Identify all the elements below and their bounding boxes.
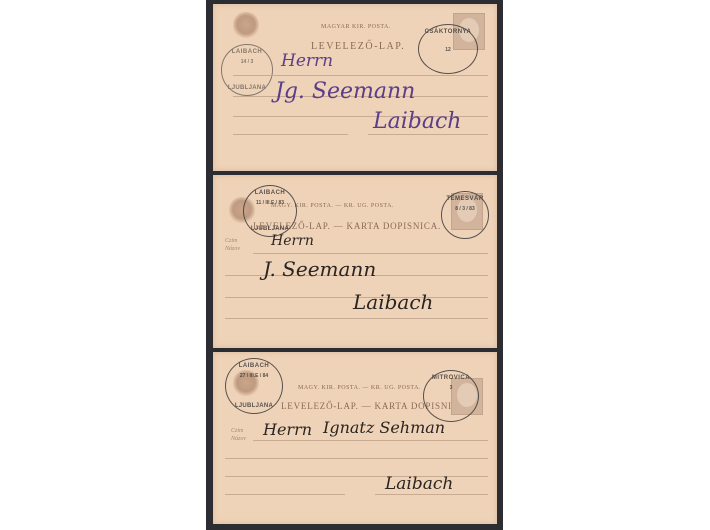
postmark-right: TEMESVÁR 8 / 3 / 83 [441,191,489,239]
address-name: Ignatz Sehman [323,418,445,437]
postmark-left: LAIBACH 11 / III.E / 83 LJUBLJANA [243,185,297,237]
address-salutation: Herrn [271,233,314,249]
address-city: Laibach [353,290,433,314]
postmark-left: LAIBACH 14 / 3 LJUBLJANA [221,44,273,96]
address-salutation: Herrn [263,420,312,439]
address-name: Jg. Seemann [275,79,415,104]
address-city: Laibach [373,109,461,134]
card-header: MAGYAR KIR. POSTA. [321,24,391,30]
address-labels: Czim Názov [231,427,246,443]
postmark-left: LAIBACH 27 / III.E / 84 LJUBLJANA [225,358,283,414]
card-header: MAGY. KIR. POSTA. — KR. UG. POSTA. [298,385,421,391]
address-labels: Czim Názov [225,237,240,253]
postcard-2: MAGY. KIR. POSTA. — KR. UG. POSTA. LEVEL… [213,175,497,348]
address-city: Laibach [385,474,453,494]
postmark-right: MITROVICA 3 [423,370,479,422]
crown-crest-icon [233,12,259,40]
address-salutation: Herrn [281,51,333,71]
postcard-3: MAGY. KIR. POSTA. — KR. UG. POSTA. LEVEL… [213,352,497,524]
address-name: J. Seemann [263,257,376,281]
postcard-1: MAGYAR KIR. POSTA. LEVELEZŐ-LAP. CSÁKTOR… [213,4,497,171]
postmark-right: CSÁKTORNYA 12 [418,24,478,74]
